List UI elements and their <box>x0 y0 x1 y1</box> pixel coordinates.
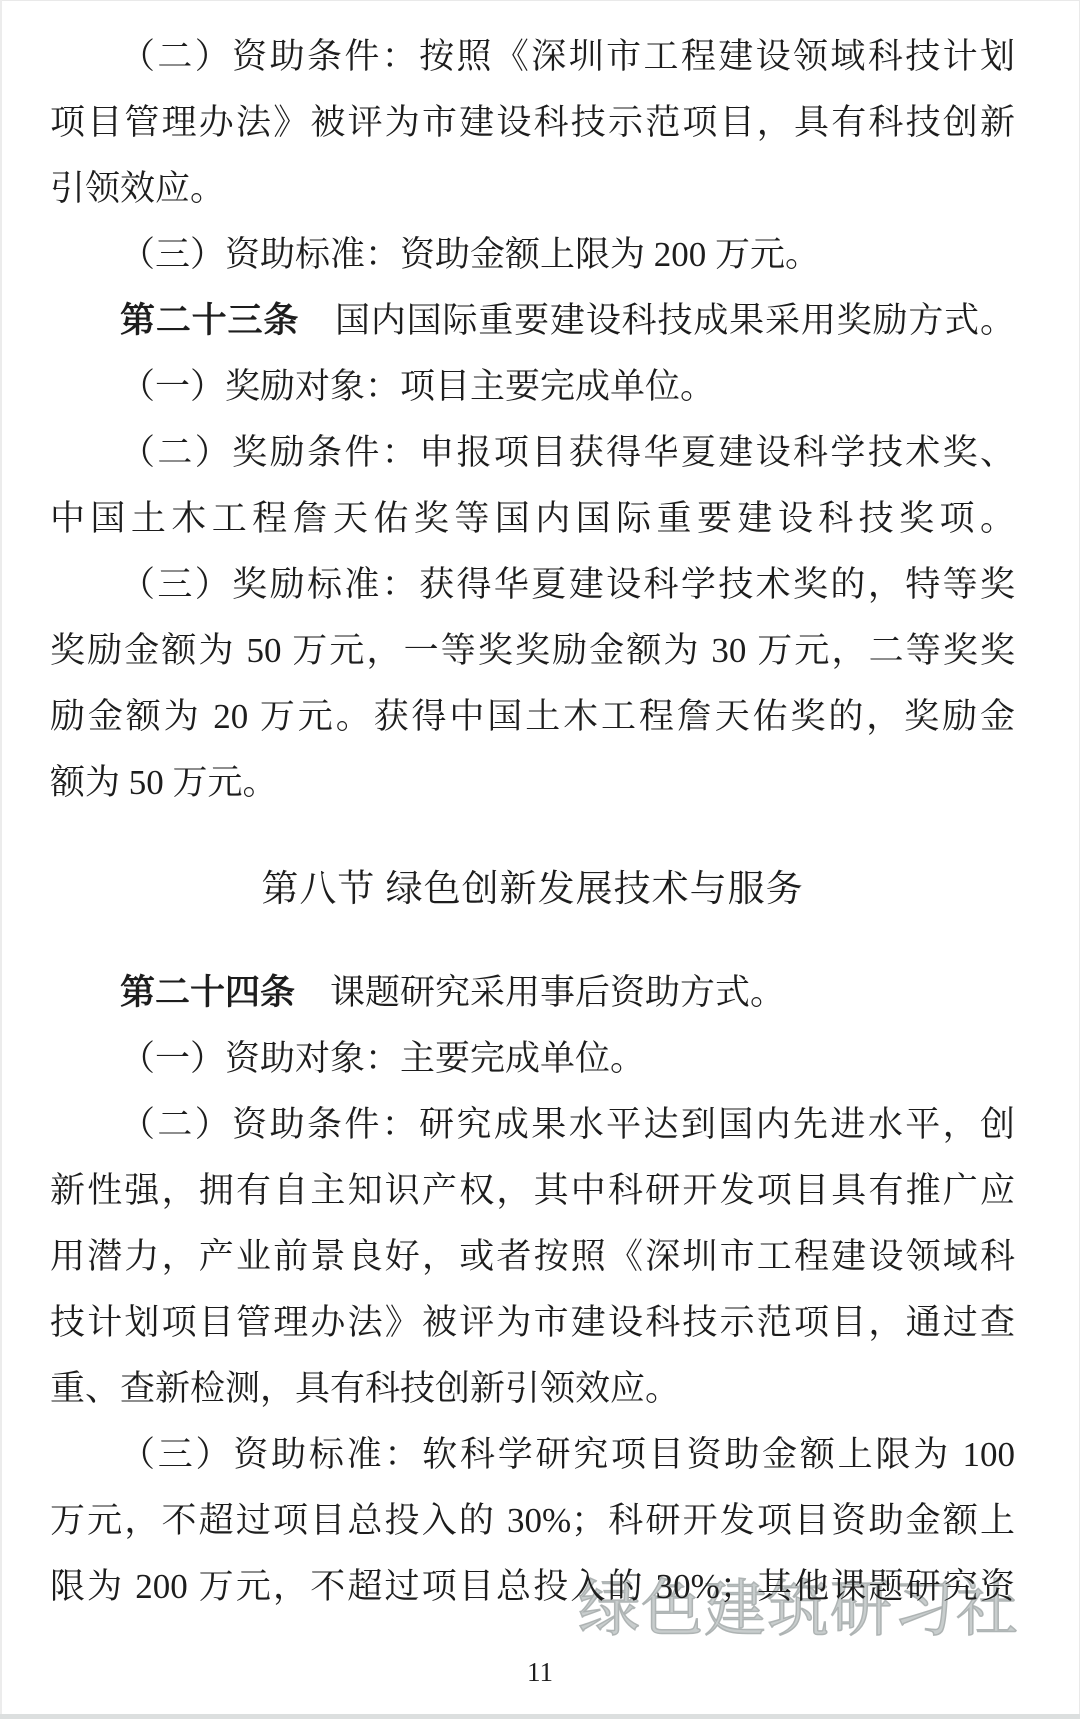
body-line: 中国土木工程詹天佑奖等国内国际重要建设科技奖项。 <box>50 486 1015 552</box>
body-line: 引领效应。 <box>50 156 1015 222</box>
body-line: 限为 200 万元，不超过项目总投入的 30%；其他课题研究资 <box>50 1554 1015 1620</box>
body-line: （一）资助对象：主要完成单位。 <box>50 1026 1015 1092</box>
scan-edge-bottom <box>0 1714 1080 1719</box>
document-body: （二）资助条件：按照《深圳市工程建设领域科技计划 项目管理办法》被评为市建设科技… <box>50 24 1015 1620</box>
body-line: 第二十三条国内国际重要建设科技成果采用奖励方式。 <box>50 288 1015 354</box>
body-line: （三）资助标准：资助金额上限为 200 万元。 <box>50 222 1015 288</box>
body-line: 万元，不超过项目总投入的 30%；科研开发项目资助金额上 <box>50 1488 1015 1554</box>
body-line: 奖励金额为 50 万元，一等奖奖励金额为 30 万元，二等奖奖 <box>50 618 1015 684</box>
article-text: 国内国际重要建设科技成果采用奖励方式。 <box>334 301 1015 340</box>
body-line: 技计划项目管理办法》被评为市建设科技示范项目，通过查 <box>50 1290 1015 1356</box>
body-line: 新性强，拥有自主知识产权，其中科研开发项目具有推广应 <box>50 1158 1015 1224</box>
body-line: 用潜力，产业前景良好，或者按照《深圳市工程建设领域科 <box>50 1224 1015 1290</box>
body-line: 项目管理办法》被评为市建设科技示范项目，具有科技创新 <box>50 90 1015 156</box>
body-line: 额为 50 万元。 <box>50 750 1015 816</box>
article-text: 课题研究采用事后资助方式。 <box>330 973 785 1012</box>
body-line: 第二十四条课题研究采用事后资助方式。 <box>50 960 1015 1026</box>
body-line: 重、查新检测，具有科技创新引领效应。 <box>50 1356 1015 1422</box>
section-heading: 第八节 绿色创新发展技术与服务 <box>50 857 1015 923</box>
body-line: （三）资助标准：软科学研究项目资助金额上限为 100 <box>50 1422 1015 1488</box>
article-number: 第二十三条 <box>120 301 299 340</box>
page-number: 11 <box>0 1652 1080 1692</box>
scan-edge-left <box>0 0 2 1719</box>
body-line: （二）奖励条件：申报项目获得华夏建设科学技术奖、 <box>50 420 1015 486</box>
body-line: （一）奖励对象：项目主要完成单位。 <box>50 354 1015 420</box>
body-line: （二）资助条件：按照《深圳市工程建设领域科技计划 <box>50 24 1015 90</box>
body-line: 励金额为 20 万元。获得中国土木工程詹天佑奖的，奖励金 <box>50 684 1015 750</box>
document-page: 绿色建筑研习社 （二）资助条件：按照《深圳市工程建设领域科技计划 项目管理办法》… <box>0 0 1080 1719</box>
article-number: 第二十四条 <box>120 973 295 1012</box>
body-line: （三）奖励标准：获得华夏建设科学技术奖的，特等奖 <box>50 552 1015 618</box>
body-line: （二）资助条件：研究成果水平达到国内先进水平，创 <box>50 1092 1015 1158</box>
